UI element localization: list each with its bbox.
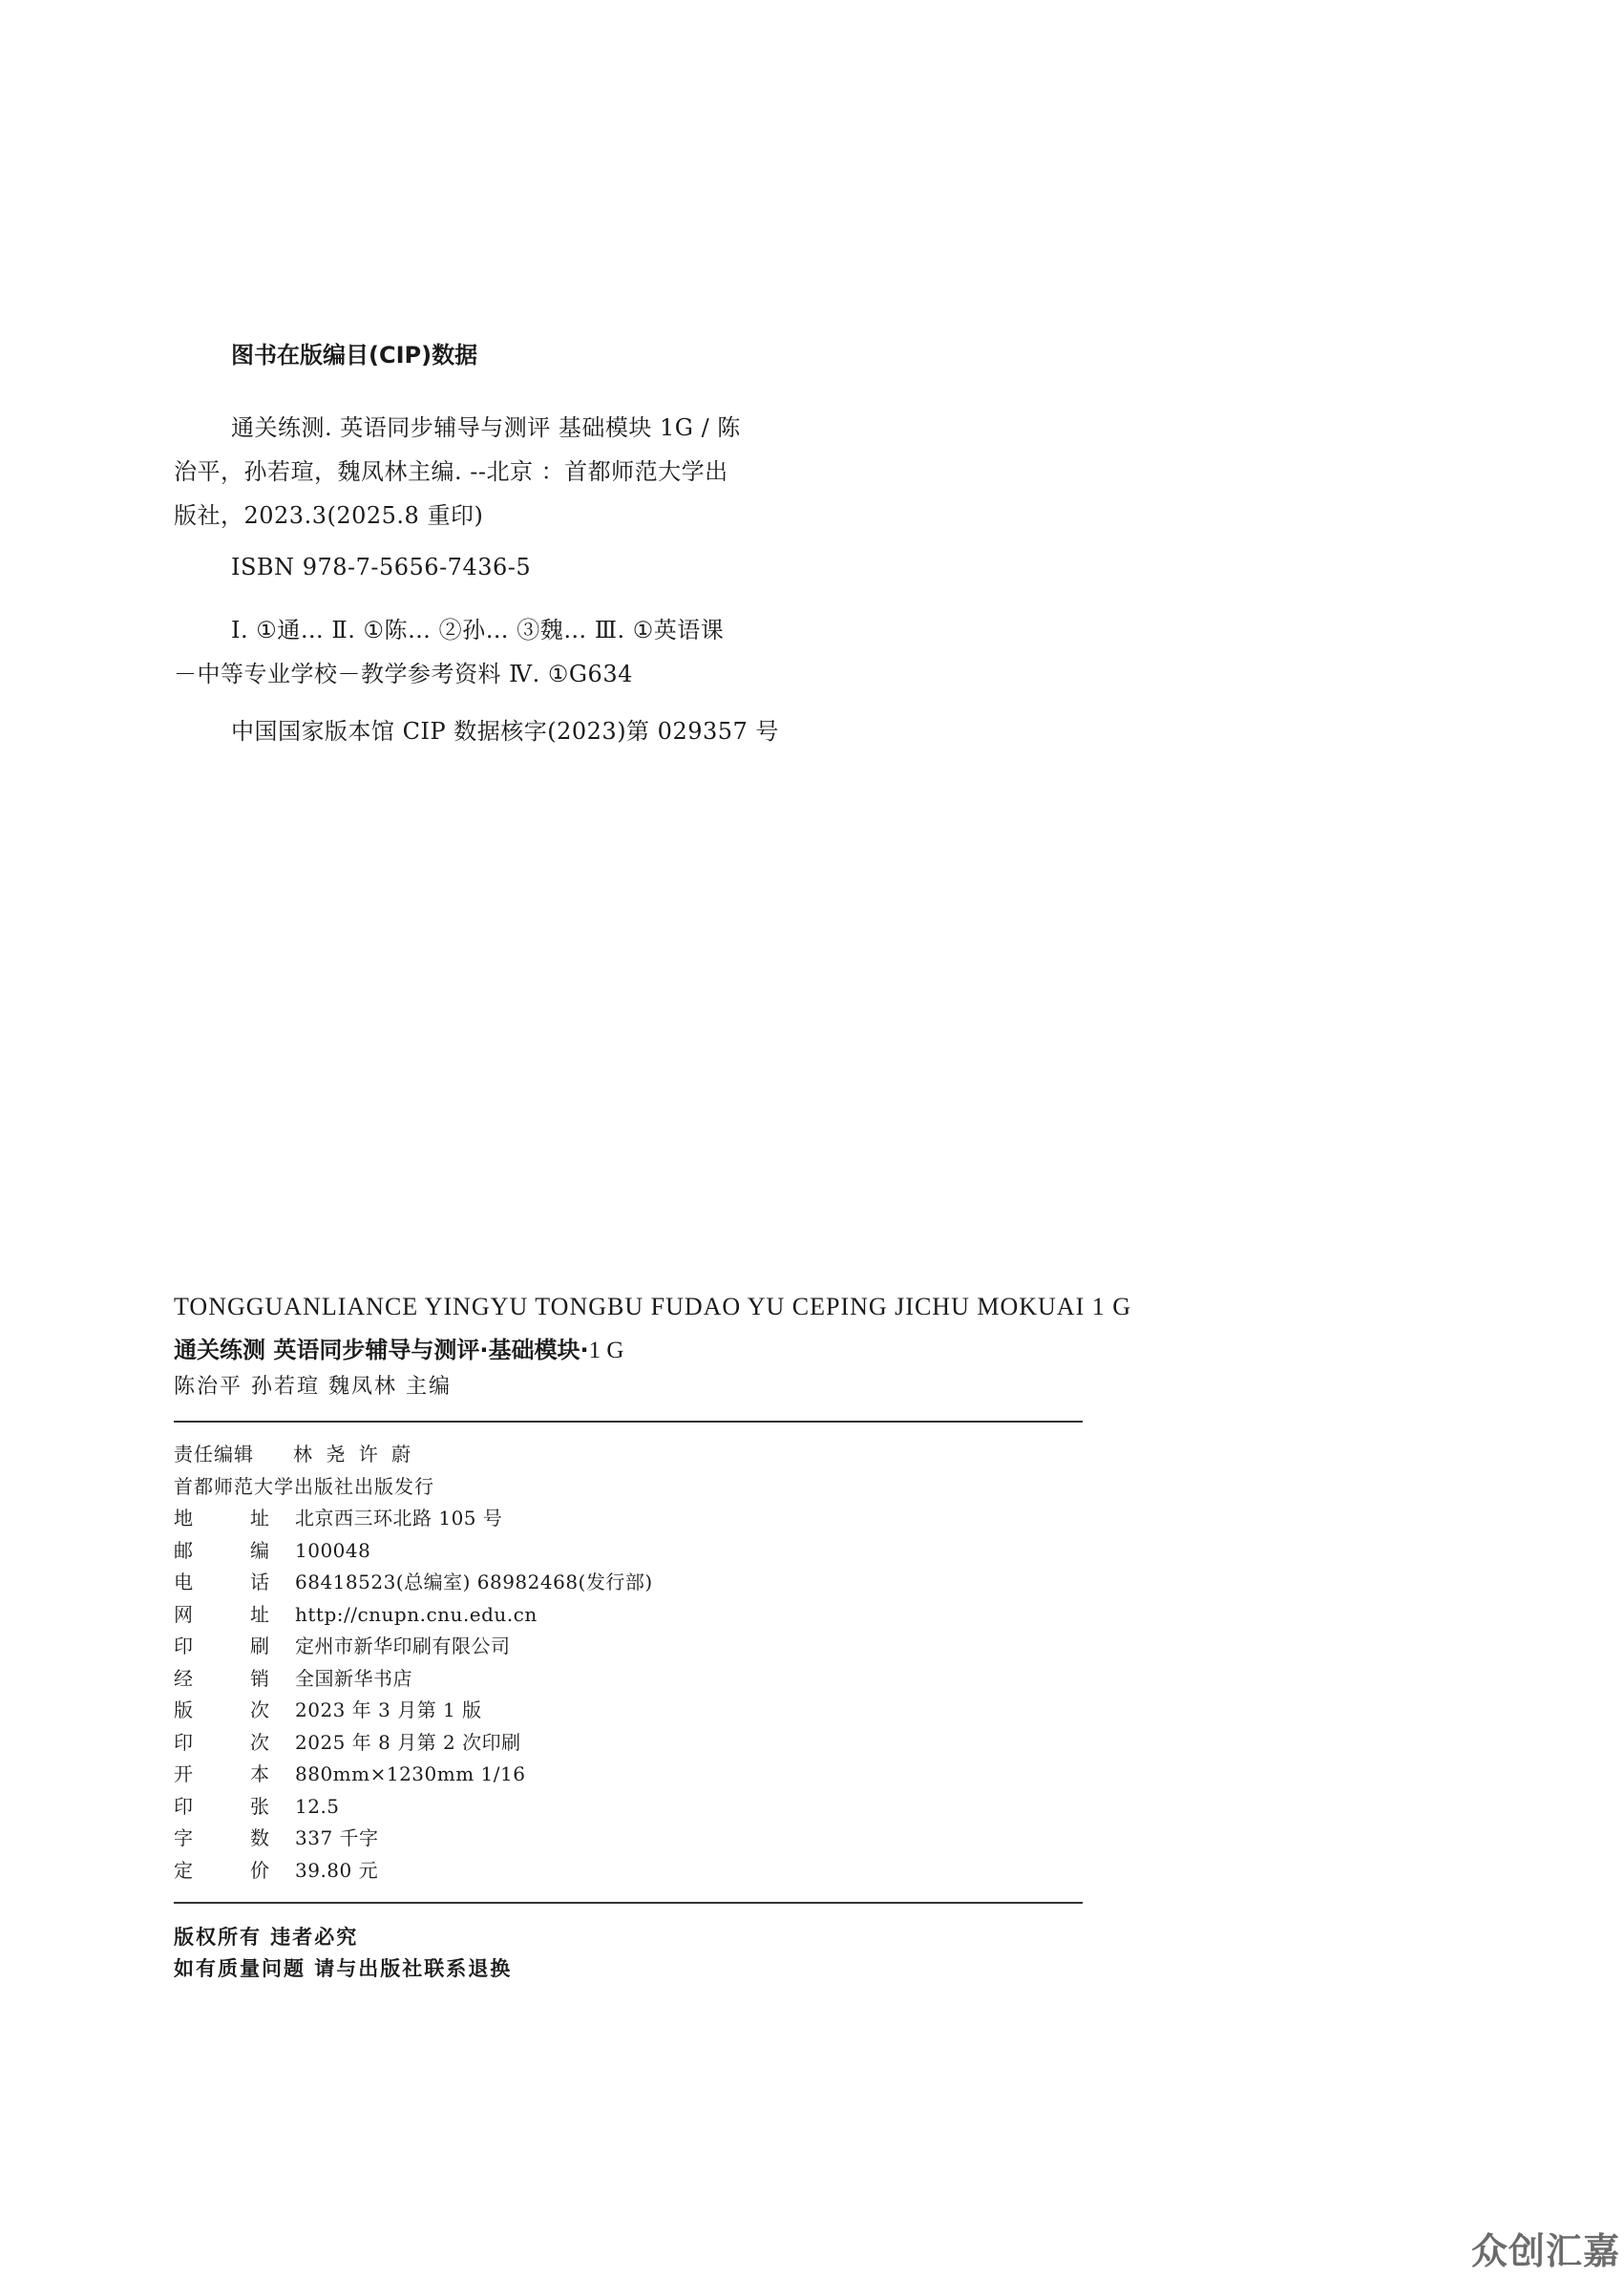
- label-char: 刷: [250, 1631, 269, 1663]
- label-char: 价: [250, 1855, 269, 1888]
- label-char: 印: [174, 1631, 193, 1663]
- label-char: 编: [250, 1535, 269, 1568]
- info-row-address: 地址 北京西三环北路 105 号: [174, 1503, 653, 1535]
- info-row-price: 定价 39.80 元: [174, 1855, 653, 1888]
- label-char: 网: [174, 1599, 193, 1632]
- label-char: 址: [250, 1599, 269, 1632]
- printer-value: 定州市新华印刷有限公司: [295, 1631, 511, 1663]
- cip-heading: 图书在版编目(CIP)数据: [231, 336, 477, 369]
- website-link[interactable]: http://cnupn.cnu.edu.cn: [295, 1599, 538, 1632]
- label-char: 印: [174, 1727, 193, 1760]
- copyright-notice: 版权所有 违者必究: [174, 1922, 358, 1951]
- label-char: 字: [174, 1823, 193, 1855]
- info-row-printing: 印次 2025 年 8 月第 2 次印刷: [174, 1727, 653, 1760]
- chinese-title-main: 通关练测 英语同步辅导与测评·基础模块·: [174, 1337, 589, 1363]
- edition-value: 2023 年 3 月第 1 版: [295, 1695, 482, 1727]
- info-row-format: 开本 880mm×1230mm 1/16: [174, 1759, 653, 1791]
- responsible-editor-value: 林 尧 许 蔚: [293, 1439, 414, 1471]
- label-char: 话: [250, 1567, 269, 1599]
- price-value: 39.80 元: [295, 1855, 378, 1888]
- info-row-phone: 电话 68418523(总编室) 68982468(发行部): [174, 1567, 653, 1599]
- subject-classification-line: Ⅰ. ①通… Ⅱ. ①陈… ②孙… ③魏… Ⅲ. ①英语课: [231, 611, 724, 644]
- info-row-sheets: 印张 12.5: [174, 1791, 653, 1824]
- label-char: 次: [250, 1695, 269, 1727]
- label-char: 开: [174, 1759, 193, 1791]
- label-char: 本: [250, 1759, 269, 1791]
- postcode-value: 100048: [295, 1535, 370, 1568]
- distributor-value: 全国新华书店: [295, 1663, 412, 1696]
- word-count-value: 337 千字: [295, 1823, 379, 1855]
- label-char: 邮: [174, 1535, 193, 1568]
- quality-notice: 如有质量问题 请与出版社联系退换: [174, 1953, 512, 1982]
- info-row-postcode: 邮编 100048: [174, 1535, 653, 1568]
- info-row-distributor: 经销 全国新华书店: [174, 1663, 653, 1696]
- label-char: 址: [250, 1503, 269, 1535]
- isbn: ISBN 978-7-5656-7436-5: [231, 554, 531, 580]
- info-row-printer: 印刷 定州市新华印刷有限公司: [174, 1631, 653, 1663]
- sheets-value: 12.5: [295, 1791, 340, 1824]
- cip-record-line: 版社，2023.3(2025.8 重印): [174, 496, 483, 530]
- subject-classification-line: －中等专业学校－教学参考资料 Ⅳ. ①G634: [174, 655, 633, 688]
- divider-top: [174, 1421, 1083, 1423]
- cip-record-line: 治平，孙若瑄，魏凤林主编. --北京 ：首都师范大学出: [174, 453, 728, 486]
- cip-verification-number: 中国国家版本馆 CIP 数据核字(2023)第 029357 号: [231, 712, 779, 746]
- label-char: 经: [174, 1663, 193, 1696]
- label-char: 次: [250, 1727, 269, 1760]
- info-row-website: 网址 http://cnupn.cnu.edu.cn: [174, 1599, 653, 1632]
- label-char: 印: [174, 1791, 193, 1824]
- label-char: 数: [250, 1823, 269, 1855]
- label-char: 销: [250, 1663, 269, 1696]
- pinyin-title: TONGGUANLIANCE YINGYU TONGBU FUDAO YU CE…: [174, 1293, 1131, 1321]
- cip-record-line: 通关练测. 英语同步辅导与测评 基础模块 1G / 陈: [231, 409, 741, 442]
- info-row-word-count: 字数 337 千字: [174, 1823, 653, 1855]
- responsible-editor-label: 责任编辑: [174, 1439, 293, 1471]
- publication-info: 责任编辑 林 尧 许 蔚 首都师范大学出版社出版发行 地址 北京西三环北路 10…: [174, 1439, 653, 1887]
- watermark-logo: 众创汇嘉: [1471, 2222, 1620, 2274]
- phone-value: 68418523(总编室) 68982468(发行部): [295, 1567, 653, 1599]
- publisher-line: 首都师范大学出版社出版发行: [174, 1471, 434, 1504]
- label-char: 地: [174, 1503, 193, 1535]
- info-row-edition: 版次 2023 年 3 月第 1 版: [174, 1695, 653, 1727]
- format-value: 880mm×1230mm 1/16: [295, 1759, 525, 1791]
- label-char: 电: [174, 1567, 193, 1599]
- responsible-editor-row: 责任编辑 林 尧 许 蔚: [174, 1439, 653, 1471]
- chinese-title: 通关练测 英语同步辅导与测评·基础模块·1 G: [174, 1331, 623, 1364]
- chief-editors: 陈治平 孙若瑄 魏凤林 主编: [174, 1370, 452, 1400]
- address-value: 北京西三环北路 105 号: [295, 1503, 502, 1535]
- label-char: 版: [174, 1695, 193, 1727]
- divider-bottom: [174, 1902, 1083, 1904]
- label-char: 张: [250, 1791, 269, 1824]
- label-char: 定: [174, 1855, 193, 1888]
- chinese-title-tail: 1 G: [589, 1338, 624, 1363]
- publisher-row: 首都师范大学出版社出版发行: [174, 1471, 653, 1504]
- printing-value: 2025 年 8 月第 2 次印刷: [295, 1727, 521, 1760]
